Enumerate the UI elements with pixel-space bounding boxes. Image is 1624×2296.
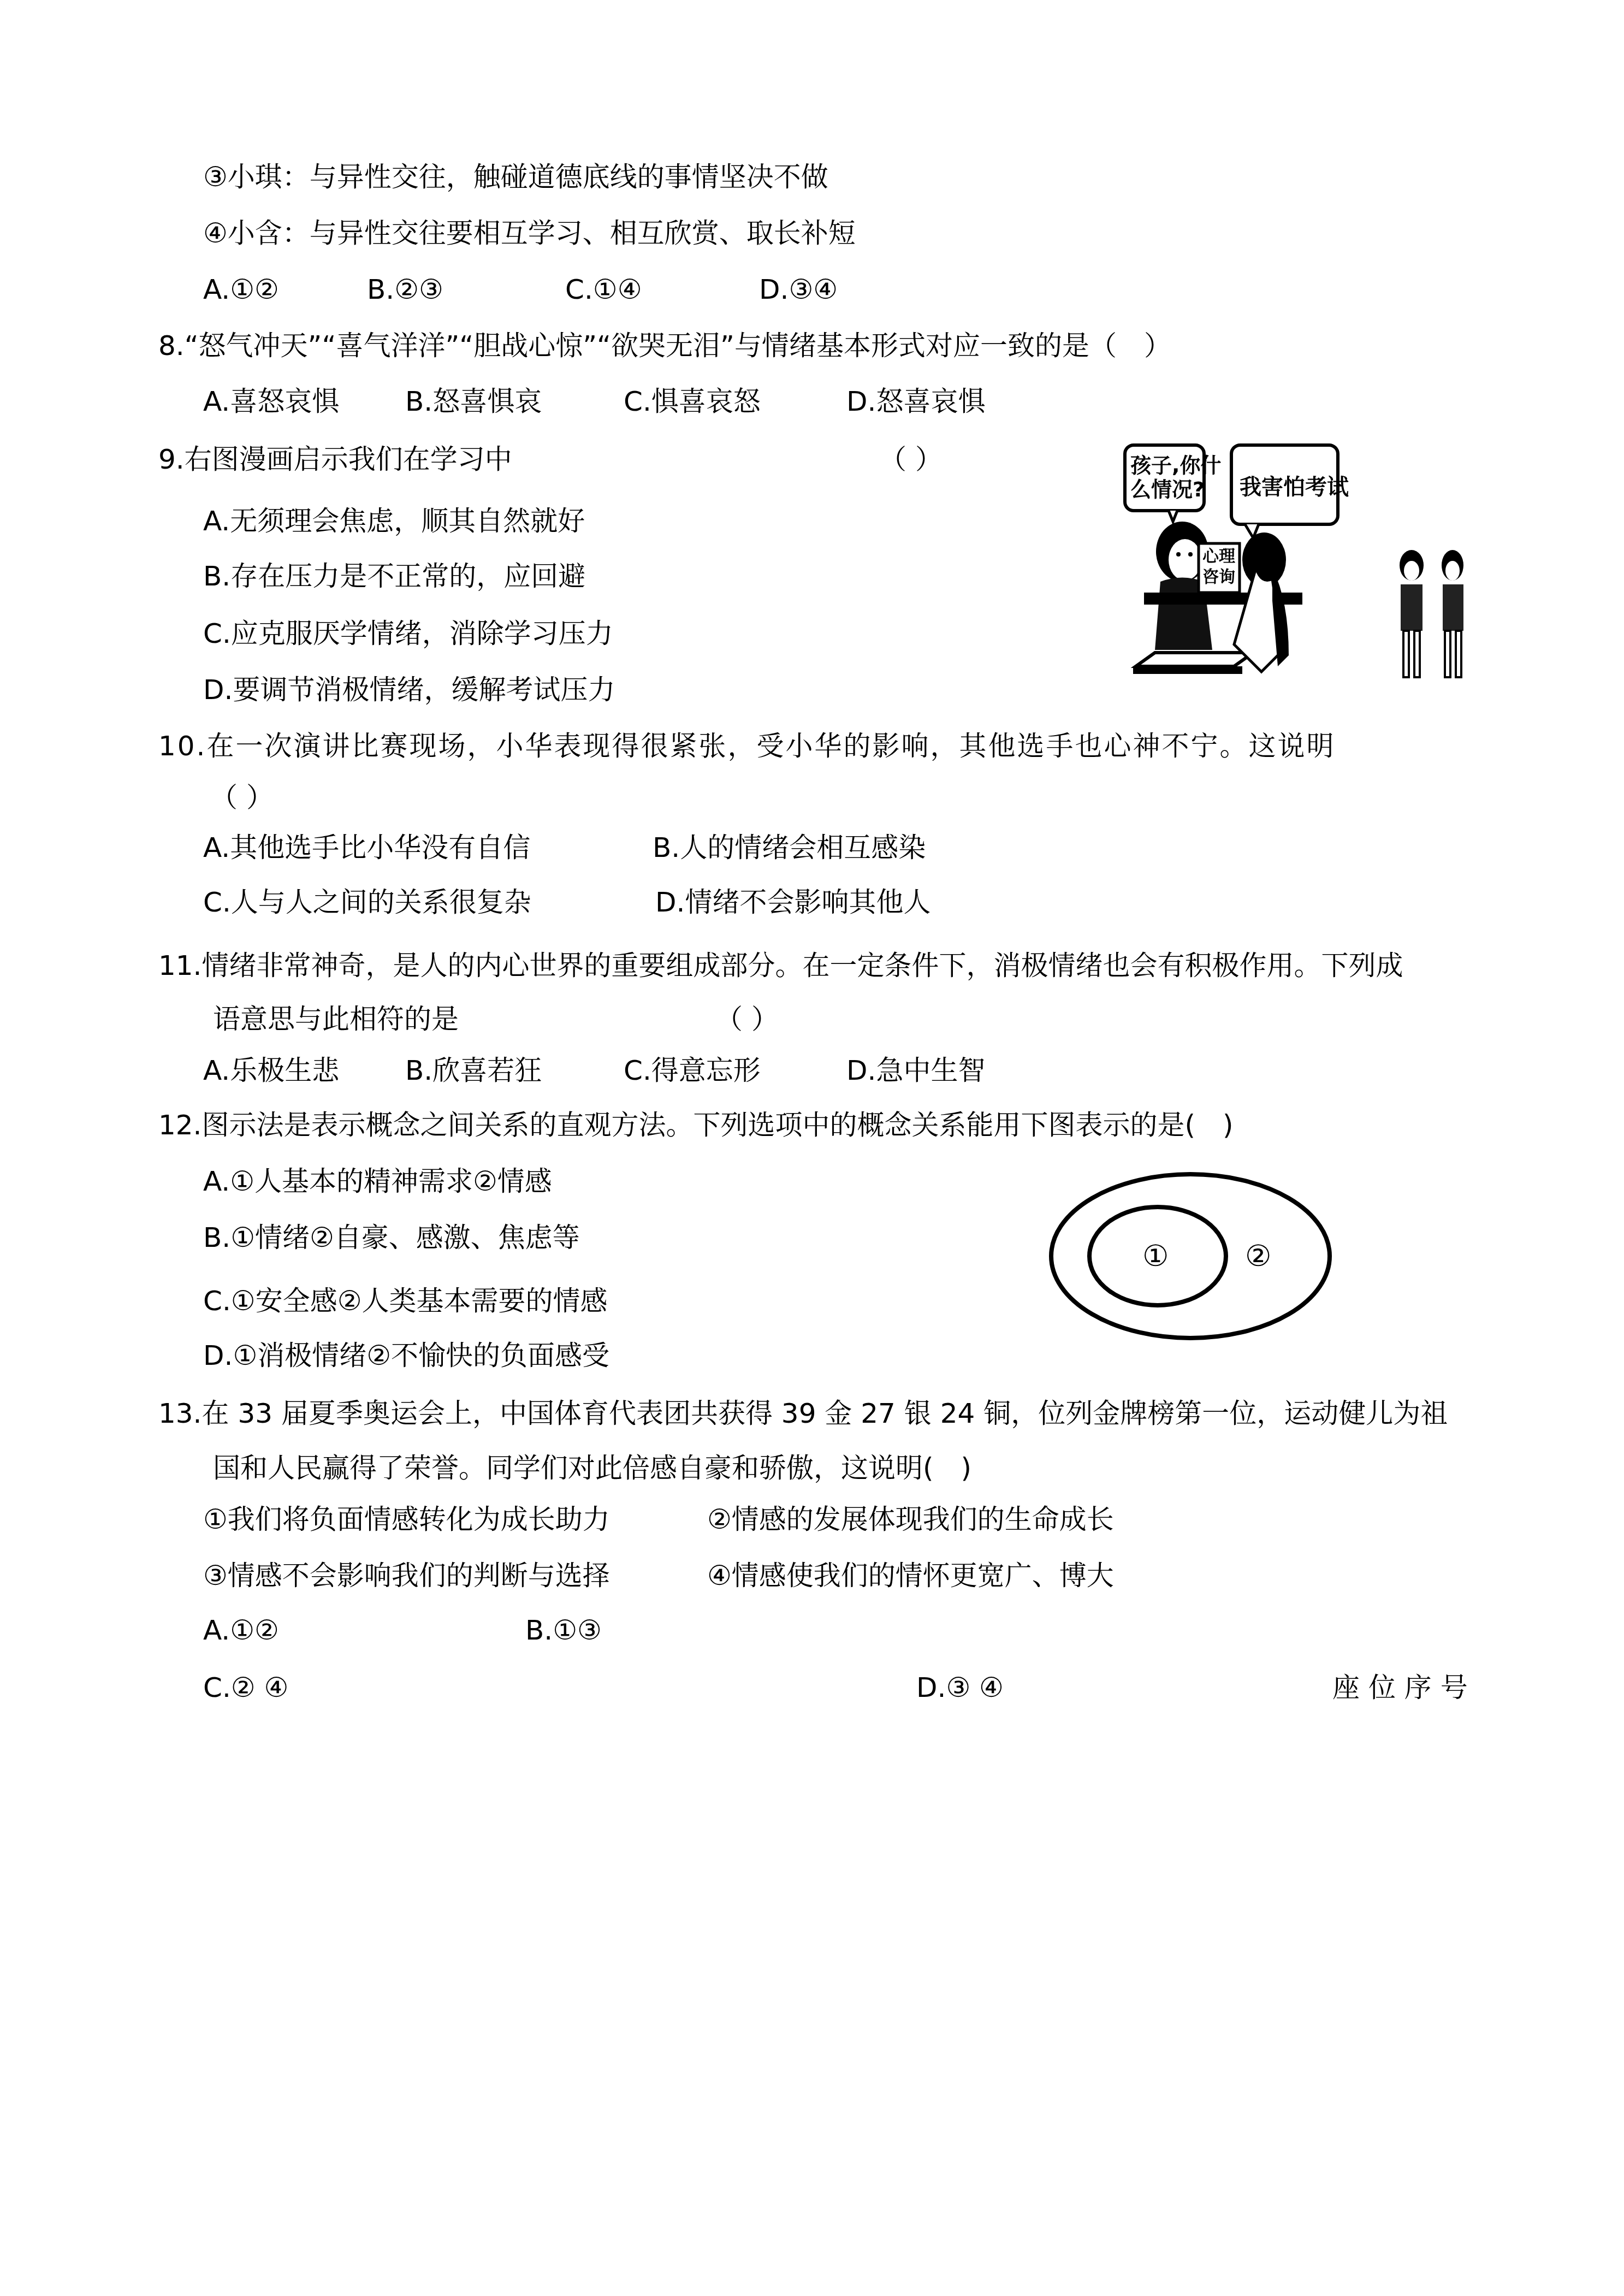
q13-stem-line-1: 13.在 33 届夏季奥运会上，中国体育代表团共获得 39 金 27 银 24 … [158,1397,1448,1430]
q13-item-1: ①我们将负面情感转化为成长助力 [203,1503,610,1536]
q12-option-b: B.①情绪②自豪、感激、焦虑等 [203,1221,580,1254]
q10-stem: 10.在一次演讲比赛现场，小华表现得很紧张，受小华的影响，其他选手也心神不宁。这… [158,730,1336,762]
q9-option-a: A.无须理会焦虑，顺其自然就好 [203,505,585,537]
sign-line-1: 心理 [1202,546,1235,567]
q13-item-2: ②情感的发展体现我们的生命成长 [707,1503,1114,1536]
q7-option-a: A.①② [203,273,279,306]
q10-option-d: D.情绪不会影响其他人 [655,886,930,919]
q11-option-a: A.乐极生悲 [203,1054,339,1087]
sign-line-2: 咨询 [1202,567,1235,588]
bubble-left-line-1: 孩子,你什 [1130,453,1221,477]
q11-option-d: D.急中生智 [846,1054,985,1087]
q11-stem-line-1: 11.情绪非常神奇，是人的内心世界的重要组成部分。在一定条件下，消极情绪也会有积… [158,949,1403,982]
q12-venn-diagram: ① ② [1043,1163,1349,1349]
q11-answer-paren: （ ） [715,1003,779,1035]
q12-option-a: A.①人基本的精神需求②情感 [203,1165,552,1198]
q13-stem-line-2: 国和人民赢得了荣誉。同学们对此倍感自豪和骄傲，这说明( ) [213,1452,971,1484]
q10-option-b: B.人的情绪会相互感染 [653,831,926,864]
q8-option-b: B.怒喜惧哀 [405,385,542,418]
q8-option-c: C.惧喜哀怒 [624,385,761,418]
cartoon-sign: 心理 咨询 [1202,546,1235,588]
q7-option-d: D.③④ [759,273,838,306]
q11-option-c: C.得意忘形 [624,1054,761,1087]
q9-answer-paren: （ ） [879,443,943,476]
q9-option-c: C.应克服厌学情绪，消除学习压力 [203,617,613,650]
q9-option-b: B.存在压力是不正常的，应回避 [203,560,585,593]
q13-option-b: B.①③ [525,1614,602,1647]
seat-number-label: 座 位 序 号 [1332,1671,1468,1704]
q12-option-d: D.①消极情绪②不愉快的负面感受 [203,1339,609,1372]
q13-option-a: A.①② [203,1614,279,1647]
q9-stem: 9.右图漫画启示我们在学习中 [158,443,512,476]
venn-inner-label: ① [1142,1240,1169,1273]
q10-answer-paren: （ ） [210,781,274,814]
outer-ellipse [1051,1174,1330,1338]
q12-option-c: C.①安全感②人类基本需要的情感 [203,1285,607,1317]
q11-stem-line-2: 语意思与此相符的是 [213,1003,459,1035]
bubble-left-line-2: 么情况? [1130,477,1221,501]
q7-item-4: ④小含：与异性交往要相互学习、相互欣赏、取长补短 [203,217,856,250]
q10-option-a: A.其他选手比小华没有自信 [203,831,530,864]
q13-item-4: ④情感使我们的情怀更宽广、博大 [707,1559,1114,1592]
q7-option-b: B.②③ [367,273,443,306]
cartoon-bubble-right: 我害怕考试 [1240,470,1349,501]
q8-option-a: A.喜怒哀惧 [203,385,339,418]
cartoon-bubble-left: 孩子,你什 么情况? [1130,453,1221,501]
q13-item-3: ③情感不会影响我们的判断与选择 [203,1559,610,1592]
q11-option-b: B.欣喜若狂 [405,1054,542,1087]
q7-option-c: C.①④ [565,273,642,306]
venn-outer-label: ② [1245,1240,1271,1273]
q7-item-3: ③小琪：与异性交往，触碰道德底线的事情坚决不做 [203,161,828,193]
q9-cartoon-image: 孩子,你什 么情况? 我害怕考试 心理 咨询 [1109,437,1485,694]
q13-option-c: C.② ④ [203,1671,288,1704]
q8-stem: 8.“怒气冲天”“喜气洋洋”“胆战心惊”“欲哭无泪”与情绪基本形式对应一致的是（… [158,329,1171,362]
q8-option-d: D.怒喜哀惧 [846,385,985,418]
q12-stem: 12.图示法是表示概念之间关系的直观方法。下列选项中的概念关系能用下图表示的是(… [158,1109,1234,1141]
q9-option-d: D.要调节消极情绪，缓解考试压力 [203,673,615,706]
q13-option-d: D.③ ④ [916,1671,1004,1704]
q10-option-c: C.人与人之间的关系很复杂 [203,886,531,919]
